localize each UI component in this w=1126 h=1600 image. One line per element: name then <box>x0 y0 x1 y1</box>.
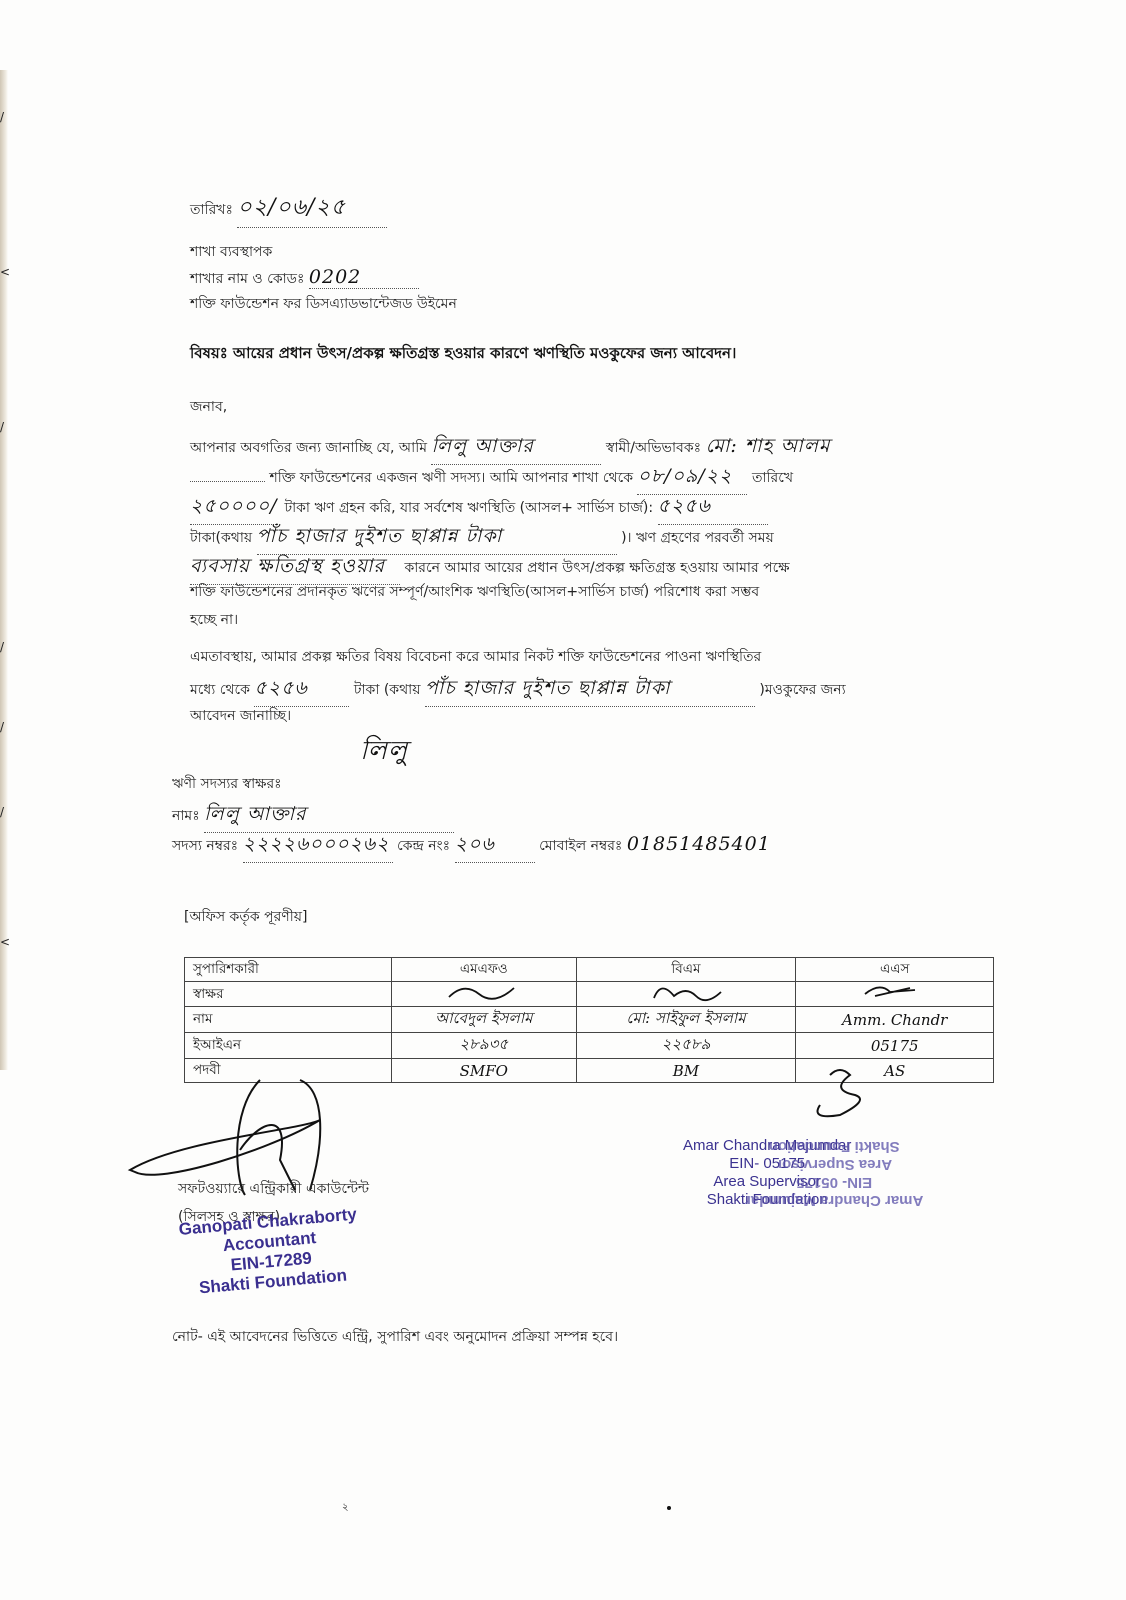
body-text: শক্তি ফাউন্ডেশনের একজন ঋণী সদস্য। আমি আপ… <box>269 470 633 486</box>
body-line-6: শক্তি ফাউন্ডেশনের প্রদানকৃত ঋণের সম্পূর্… <box>190 580 759 604</box>
scanned-page-edge <box>0 70 8 1070</box>
edge-tick-mark: < <box>0 265 10 279</box>
center-no-handwritten: ২০৬ <box>455 830 535 863</box>
member-no-label: সদস্য নম্বরঃ <box>172 838 238 854</box>
body-line-7: হচ্ছে না। <box>190 608 238 632</box>
bm-designation: BM <box>576 1059 796 1083</box>
center-no-label: কেন্দ্র নংঃ <box>397 838 450 854</box>
guardian-name-handwritten: মো: শাহ আলম <box>706 435 831 457</box>
stamp-line: Shakti Foundation <box>745 1137 923 1155</box>
member-no-handwritten: ২২২২৬০০০২৬২ <box>243 830 393 863</box>
mfo-ein: ২৮৯৩৫ <box>392 1033 577 1059</box>
applicant-signature-label: ঋণী সদস্যর স্বাক্ষরঃ <box>172 772 282 796</box>
name-label: নামঃ <box>172 808 200 824</box>
applicant-name-handwritten: লিলু আক্তার <box>204 800 454 833</box>
body-text: কারনে আমার আয়ের প্রধান উৎস/প্রকল্প ক্ষত… <box>404 560 789 576</box>
branch-code: 0202 <box>309 266 419 289</box>
applicant-signature: লিলু <box>360 730 408 774</box>
blank-dots <box>190 481 265 482</box>
ink-dot <box>667 1506 671 1510</box>
mobile-handwritten: 01851485401 <box>627 833 771 855</box>
date-label: তারিখঃ <box>190 202 233 218</box>
row-label: নাম <box>185 1007 392 1033</box>
edge-tick-mark: / <box>0 110 4 124</box>
body-text: টাকা (কথায় <box>354 682 421 698</box>
table-row: পদবী SMFO BM AS <box>185 1059 994 1083</box>
edge-tick-mark: / <box>0 420 4 434</box>
footer-note: নোট- এই আবেদনের ভিত্তিতে এন্ট্রি, সুপারি… <box>172 1325 618 1349</box>
row-label: স্বাক্ষর <box>185 982 392 1007</box>
outstanding-amount-handwritten: ৫২৫৬ <box>658 492 768 525</box>
mobile-label: মোবাইল নম্বরঃ <box>539 838 622 854</box>
edge-tick-mark: / <box>0 720 4 734</box>
column-header: এএস <box>796 958 994 982</box>
column-header: সুপারিশকারী <box>185 958 392 982</box>
date-line: তারিখঃ ০২/০৬/২৫ <box>190 190 387 228</box>
body-text: তারিখে <box>752 470 793 486</box>
mfo-name: আবেদুল ইসলাম <box>392 1007 577 1033</box>
body-text: আপনার অবগতির জন্য জানাচ্ছি যে, আমি <box>190 440 427 456</box>
signature-scribble <box>646 982 726 1002</box>
body-text: মধ্যে থেকে <box>190 682 250 698</box>
body-line-2: শক্তি ফাউন্ডেশনের একজন ঋণী সদস্য। আমি আপ… <box>190 462 793 495</box>
applicant-ids-line: সদস্য নম্বরঃ ২২২২৬০০০২৬২ কেন্দ্র নংঃ ২০৬… <box>172 830 771 863</box>
signature-scribble <box>855 982 935 1002</box>
salutation: জনাব, <box>190 395 227 419</box>
signature-cell <box>576 982 796 1007</box>
office-approval-table: সুপারিশকারী এমএফও বিএম এএস স্বাক্ষর নাম … <box>184 957 994 1083</box>
branch-line: শাখার নাম ও কোডঃ 0202 <box>190 266 419 291</box>
body-line-9: মধ্যে থেকে ৫২৫৬ টাকা (কথায় পাঁচ হাজার দ… <box>190 674 846 707</box>
edge-tick-mark: / <box>0 640 4 654</box>
body-text: টাকা(কথায় <box>190 530 252 546</box>
column-header: এমএফও <box>392 958 577 982</box>
body-text: )। ঋণ গ্রহণের পরবর্তী সময় <box>621 530 774 546</box>
accountant-stamp: Ganopati Chakraborty Accountant EIN-1728… <box>178 1204 363 1299</box>
row-label: ইআইএন <box>185 1033 392 1059</box>
mfo-designation: SMFO <box>392 1059 577 1083</box>
outstanding-words-handwritten: পাঁচ হাজার দুইশত ছাপ্পান্ন টাকা <box>257 522 617 555</box>
loan-date-handwritten: ০৮/০৯/২২ <box>637 462 747 495</box>
stamp-line: Area Supervisor <box>745 1155 923 1173</box>
organization-name: শক্তি ফাউন্ডেশন ফর ডিসএ্যাডভান্টেজড উইমে… <box>190 292 457 316</box>
office-heading: [অফিস কর্তৃক পূরণীয়] <box>184 905 307 929</box>
recipient-title: শাখা ব্যবস্থাপক <box>190 240 272 264</box>
body-line-4: টাকা(কথায় পাঁচ হাজার দুইশত ছাপ্পান্ন টা… <box>190 522 774 555</box>
body-line-10: আবেদন জানাচ্ছি। <box>190 704 291 728</box>
table-row: নাম আবেদুল ইসলাম মো: সাইফুল ইসলাম Amm. C… <box>185 1007 994 1033</box>
date-value: ০২/০৬/২৫ <box>237 190 387 228</box>
as-designation: AS <box>796 1059 994 1083</box>
signature-cell <box>796 982 994 1007</box>
page-mark: ২ <box>342 1500 349 1517</box>
subject-line: বিষয়ঃ আয়ের প্রধান উৎস/প্রকল্প ক্ষতিগ্র… <box>190 342 736 367</box>
member-name-handwritten: লিলু আক্তার <box>431 432 601 465</box>
column-header: বিএম <box>576 958 796 982</box>
body-line-3: ২৫০০০০/ টাকা ঋণ গ্রহন করি, যার সর্বশেষ ঋ… <box>190 492 768 525</box>
table-header-row: সুপারিশকারী এমএফও বিএম এএস <box>185 958 994 982</box>
loan-amount-handwritten: ২৫০০০০/ <box>190 492 280 525</box>
waiver-amount-handwritten: ৫২৫৬ <box>254 674 349 707</box>
signature-scribble <box>444 982 524 1002</box>
as-ein: 05175 <box>796 1033 994 1059</box>
row-label: পদবী <box>185 1059 392 1083</box>
body-text: টাকা ঋণ গ্রহন করি, যার সর্বশেষ ঋণস্থিতি … <box>284 500 653 516</box>
body-text: )মওকুফের জন্য <box>759 682 845 698</box>
table-row: ইআইএন ২৮৯৩৫ ২২৫৮৯ 05175 <box>185 1033 994 1059</box>
as-name: Amm. Chandr <box>796 1007 994 1033</box>
table-row: স্বাক্ষর <box>185 982 994 1007</box>
signature-cell <box>392 982 577 1007</box>
body-line-8: এমতাবস্থায়, আমার প্রকল্প ক্ষতির বিষয় ব… <box>190 645 761 669</box>
body-line-1: আপনার অবগতির জন্য জানাচ্ছি যে, আমি লিলু … <box>190 432 830 465</box>
stamp-line: Amar Chandra Majumdar <box>745 1191 923 1209</box>
stamp-line: EIN- 05175 <box>745 1173 923 1191</box>
supervisor-stamp-mirrored: Amar Chandra Majumdar EIN- 05175 Area Su… <box>745 1137 923 1209</box>
accountant-title: সফটওয়্যারে এন্ট্রিকারী একাউন্টেন্ট <box>178 1177 369 1201</box>
waiver-words-handwritten: পাঁচ হাজার দুইশত ছাপ্পান্ন টাকা <box>425 674 755 707</box>
applicant-name-line: নামঃ লিলু আক্তার <box>172 800 454 833</box>
branch-label: শাখার নাম ও কোডঃ <box>190 271 304 287</box>
edge-tick-mark: / <box>0 805 4 819</box>
edge-tick-mark: < <box>0 935 10 949</box>
bm-name: মো: সাইফুল ইসলাম <box>576 1007 796 1033</box>
body-text: স্বামী/অভিভাবকঃ <box>606 440 701 456</box>
bm-ein: ২২৫৮৯ <box>576 1033 796 1059</box>
